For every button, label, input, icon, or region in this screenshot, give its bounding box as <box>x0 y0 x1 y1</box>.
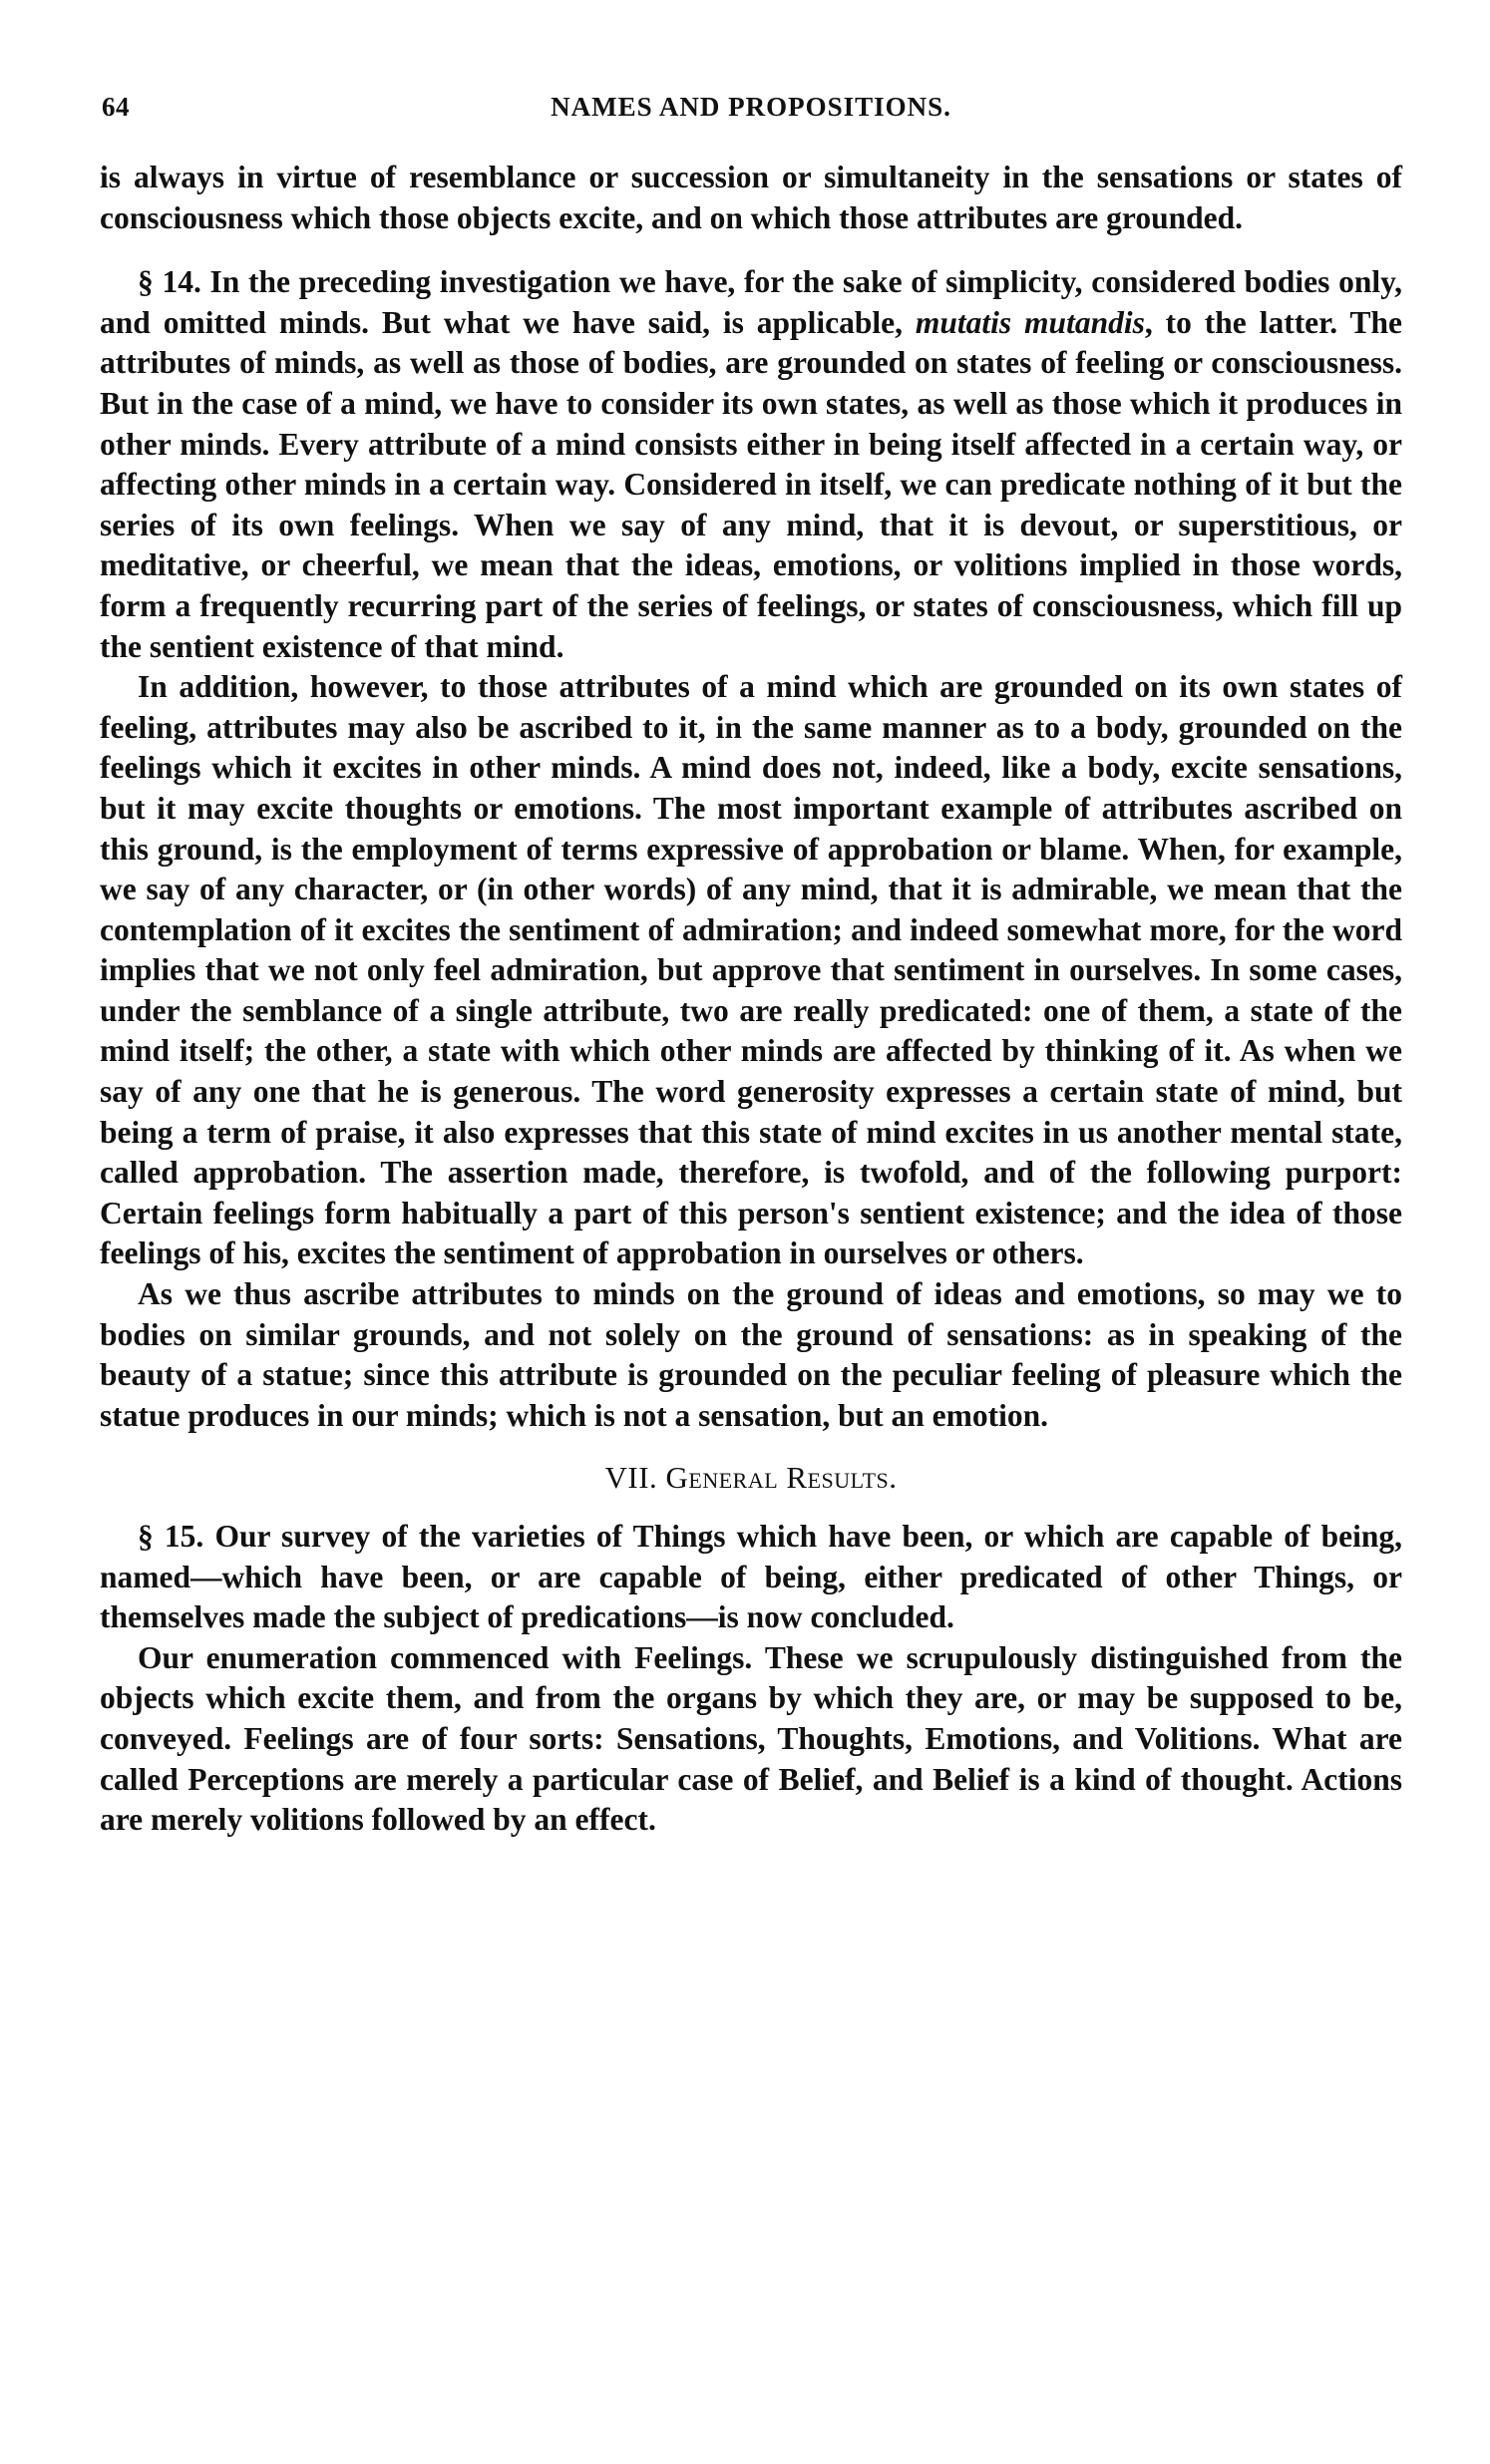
running-head-title: NAMES AND PROPOSITIONS. <box>100 92 1402 123</box>
paragraph: As we thus ascribe attributes to minds o… <box>100 1274 1402 1436</box>
section-mark: § 14. <box>138 264 201 299</box>
paragraph-section-14: § 14. In the preceding investigation we … <box>100 262 1402 667</box>
paragraph-continuation: is always in virtue of resemblance or su… <box>100 158 1402 238</box>
paragraph: Our enumeration commenced with Feelings.… <box>100 1638 1402 1841</box>
latin-phrase: mutatis mutandis <box>916 305 1145 340</box>
paragraph: In addition, however, to those attribute… <box>100 667 1402 1274</box>
paragraph-section-15: § 15. Our survey of the varieties of Thi… <box>100 1517 1402 1638</box>
section-title: General Results. <box>666 1460 898 1495</box>
section-mark: § 15. <box>138 1519 203 1554</box>
section-numeral: VII. <box>604 1460 657 1495</box>
section-heading: VII. General Results. <box>100 1458 1402 1499</box>
page-body: is always in virtue of resemblance or su… <box>100 158 1402 1841</box>
running-head: 64 NAMES AND PROPOSITIONS. <box>100 92 1402 132</box>
